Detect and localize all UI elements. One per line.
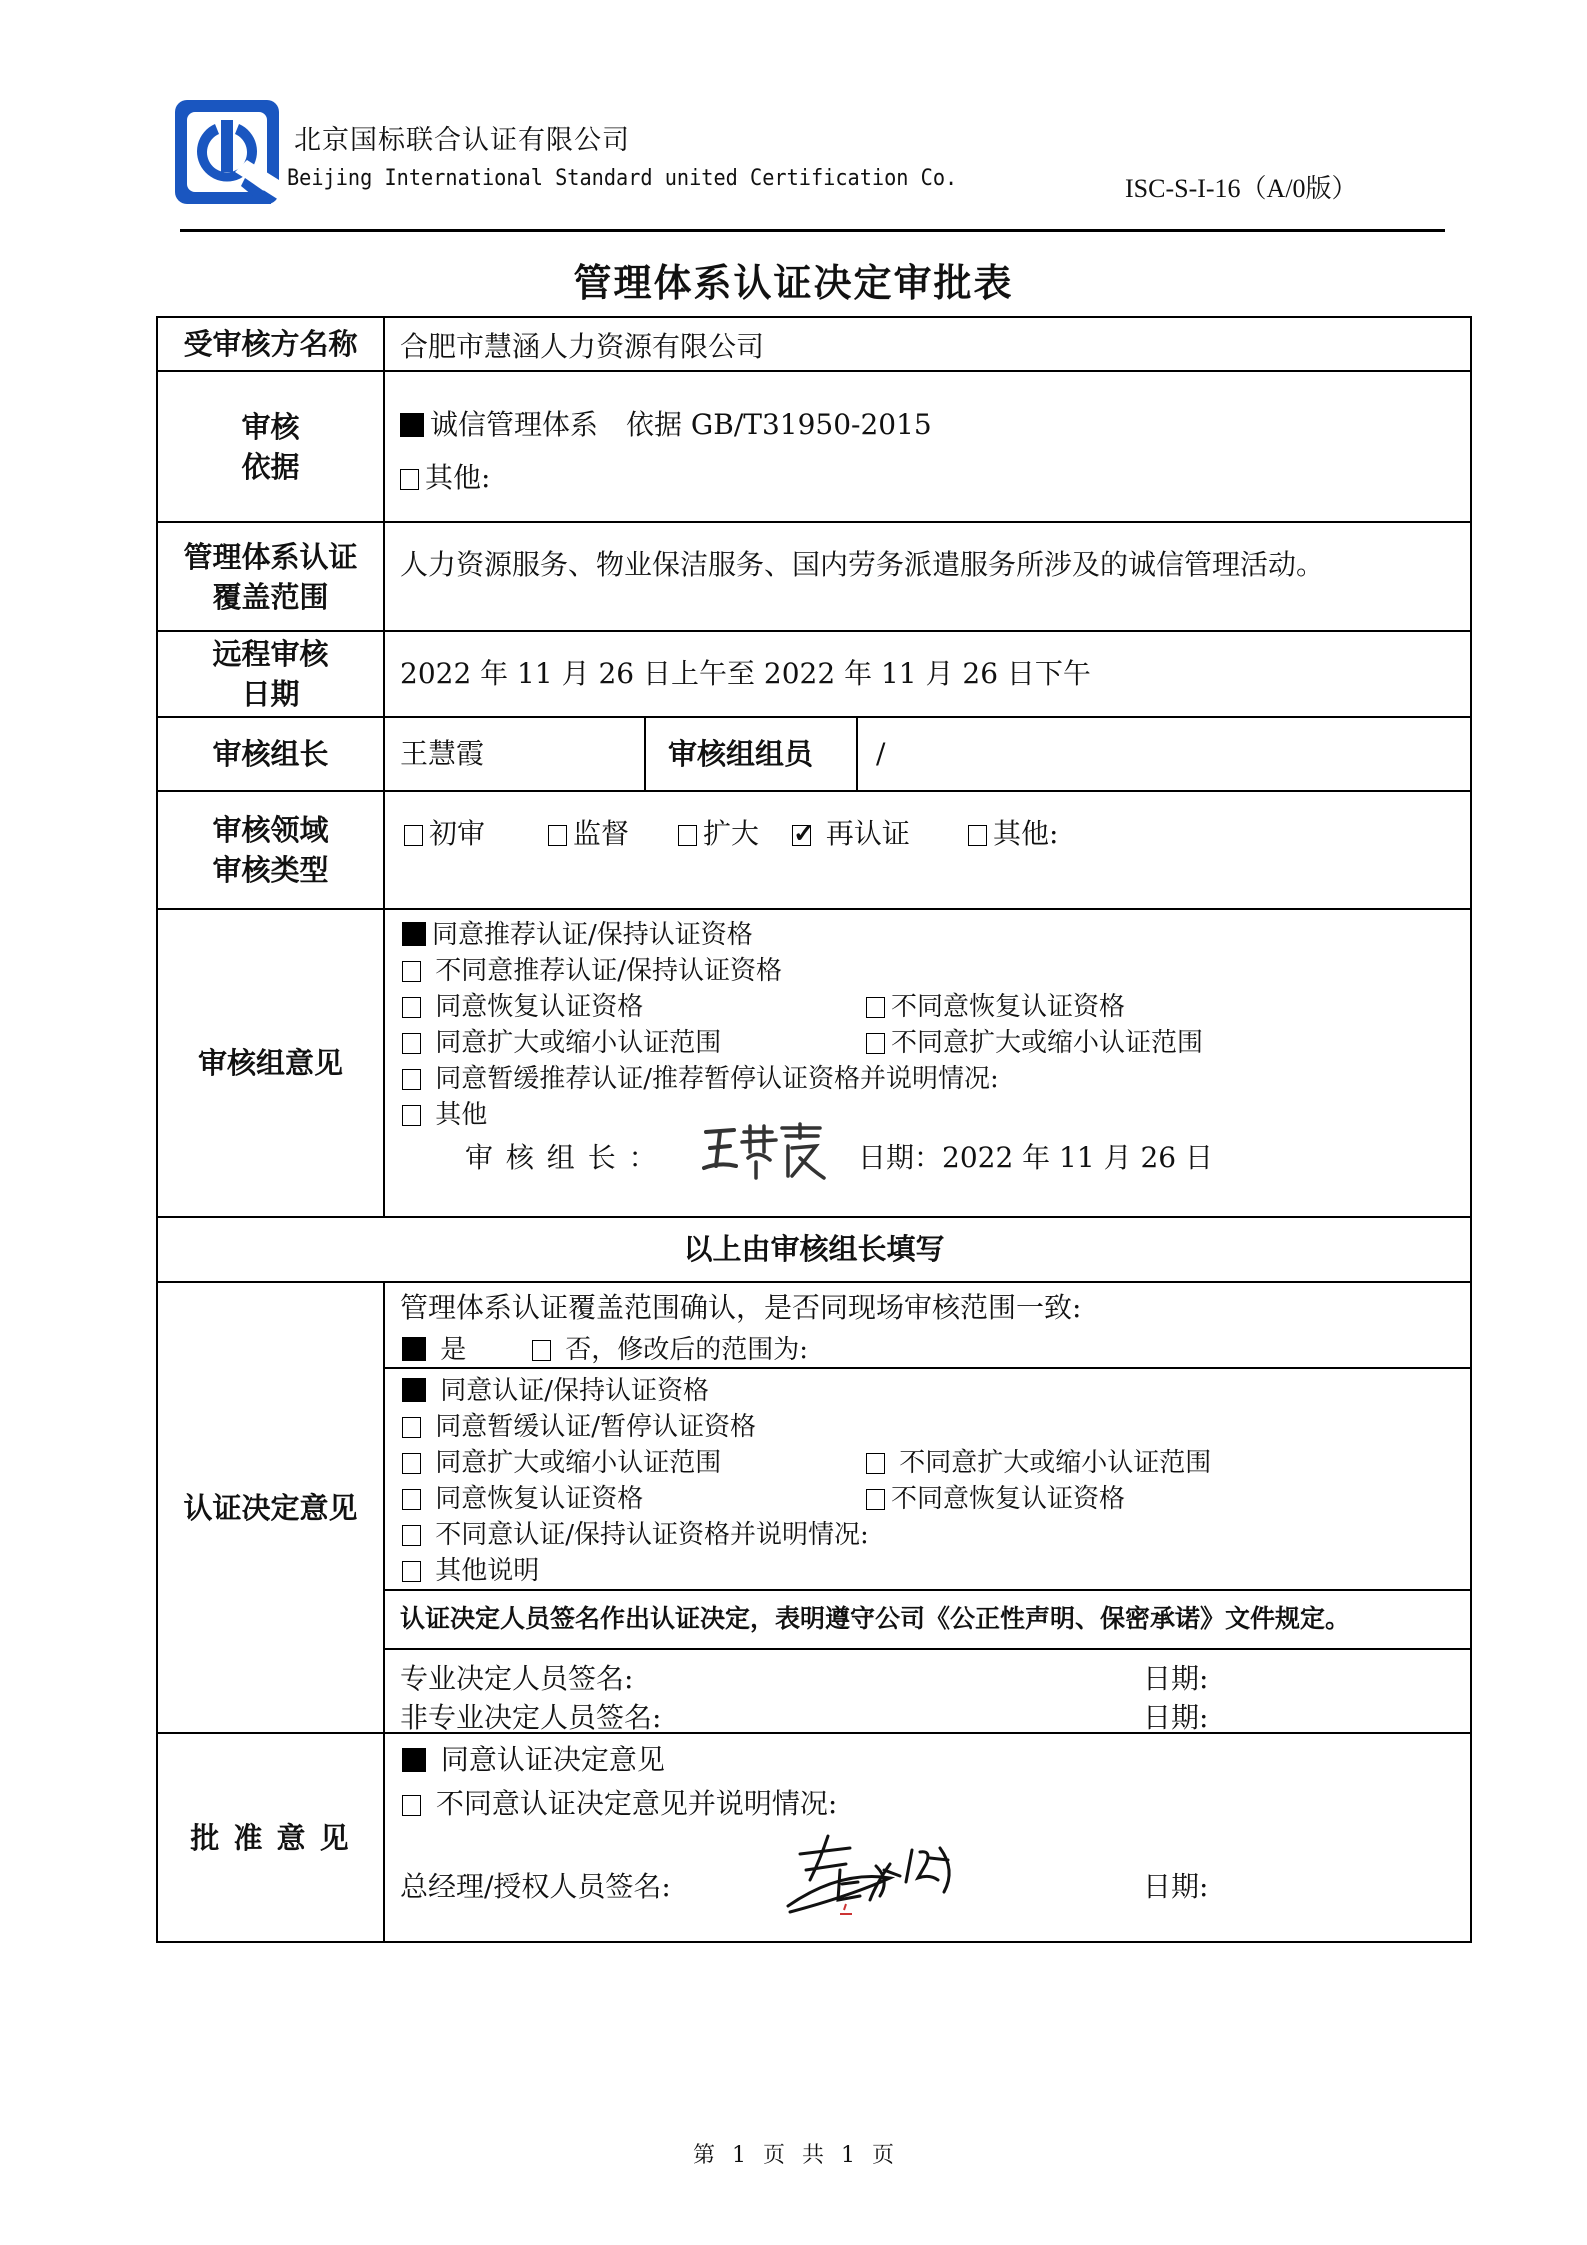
option-label: 不同意扩大或缩小认证范围: [899, 1448, 1211, 1478]
filled-by-note: 以上由审核组长填写: [156, 1232, 1472, 1266]
pro-decision-date-label: 日期:: [1143, 1662, 1208, 1696]
checkbox-unchecked-icon[interactable]: [678, 825, 697, 846]
company-name-cn: 北京国标联合认证有限公司: [294, 118, 630, 157]
checkbox-checked-icon[interactable]: [400, 413, 424, 437]
basis-option-integrity[interactable]: 诚信管理体系 依据 GB/T31950-2015: [400, 408, 932, 442]
option-label: 不同意扩大或缩小认证范围: [891, 1028, 1203, 1058]
scope-confirm-question: 管理体系认证覆盖范围确认，是否同现场审核范围一致:: [400, 1291, 1081, 1325]
scope-label-line2: 覆盖范围: [212, 577, 328, 617]
checkbox-unchecked-icon[interactable]: [866, 1453, 885, 1474]
pro-decision-sign-label: 专业决定人员签名:: [400, 1662, 633, 1696]
checkbox-checked-icon[interactable]: [402, 1337, 426, 1361]
team-opinion-option[interactable]: 同意恢复认证资格: [402, 990, 643, 1024]
checkbox-unchecked-icon[interactable]: [400, 469, 419, 490]
checkbox-unchecked-icon[interactable]: [402, 1489, 421, 1510]
decision-label-text: 认证决定意见: [183, 1488, 357, 1528]
nonpro-decision-sign-label: 非专业决定人员签名:: [400, 1701, 661, 1735]
checkbox-unchecked-icon[interactable]: [402, 1417, 421, 1438]
decision-option[interactable]: 同意扩大或缩小认证范围: [402, 1446, 721, 1480]
row-divider: [156, 1216, 1472, 1218]
checkbox-unchecked-icon[interactable]: [402, 1795, 421, 1816]
auditee-name-value: 合肥市慧涵人力资源有限公司: [400, 330, 764, 364]
option-label: 同意扩大或缩小认证范围: [435, 1028, 721, 1058]
auditee-label-text: 受审核方名称: [183, 324, 357, 364]
checkbox-checked-icon[interactable]: [402, 922, 426, 946]
gm-date-label: 日期:: [1143, 1870, 1208, 1904]
scope-confirm-yes[interactable]: 是: [402, 1333, 466, 1367]
team-leader-sign-date: 日期：2022 年 11 月 26 日: [858, 1141, 1213, 1175]
team-opinion-label-text: 审核组意见: [198, 1043, 343, 1083]
checkbox-unchecked-icon[interactable]: [402, 1069, 421, 1090]
header-divider: [180, 229, 1445, 232]
gm-signature-icon: [780, 1830, 970, 1920]
sub-row-divider: [383, 1589, 1472, 1591]
sub-row-divider: [383, 1648, 1472, 1650]
option-label: 同意恢复认证资格: [435, 1484, 643, 1514]
audit-type-option-other[interactable]: 其他:: [968, 817, 1058, 851]
option-label: 不同意恢复认证资格: [891, 1484, 1125, 1514]
option-label: 同意扩大或缩小认证范围: [435, 1448, 721, 1478]
basis-label-line1: 审核: [241, 407, 299, 447]
option-label: 同意认证/保持认证资格: [440, 1376, 709, 1406]
checkbox-unchecked-icon[interactable]: [402, 997, 421, 1018]
remote-date-label: 远程审核 日期: [157, 632, 384, 716]
remote-date-label-line1: 远程审核: [212, 634, 328, 674]
gm-sign-label: 总经理/授权人员签名:: [400, 1870, 671, 1904]
remote-date-label-line2: 日期: [241, 674, 299, 714]
document-code: ISC-S-I-16（A/0版）: [1125, 168, 1358, 205]
decision-option[interactable]: 同意恢复认证资格: [402, 1482, 643, 1516]
table-border-right: [1470, 316, 1472, 1943]
audit-type-option-label: 初审: [429, 817, 485, 850]
option-label: 同意恢复认证资格: [435, 992, 643, 1022]
checkbox-unchecked-icon[interactable]: [866, 1033, 885, 1054]
team-members-value: /: [876, 737, 885, 771]
page-number: 第 1 页 共 1 页: [0, 2138, 1587, 2169]
option-label: 同意暂缓认证/暂停认证资格: [435, 1412, 756, 1442]
team-row-divider-1: [644, 716, 646, 790]
option-label: 不同意恢复认证资格: [891, 992, 1125, 1022]
scope-value: 人力资源服务、物业保洁服务、国内劳务派遣服务所涉及的诚信管理活动。: [400, 548, 1324, 582]
audit-type-option-extension[interactable]: 扩大: [678, 817, 759, 851]
team-opinion-option[interactable]: 同意推荐认证/保持认证资格: [402, 918, 753, 952]
decision-option[interactable]: 不同意扩大或缩小认证范围: [866, 1446, 1211, 1480]
basis-option-other[interactable]: 其他:: [400, 461, 490, 495]
checkbox-unchecked-icon[interactable]: [548, 825, 567, 846]
approval-option-agree[interactable]: 同意认证决定意见: [402, 1743, 665, 1777]
audit-type-option-surveillance[interactable]: 监督: [548, 817, 629, 851]
decision-option[interactable]: 不同意认证/保持认证资格并说明情况:: [402, 1518, 869, 1552]
auditee-label: 受审核方名称: [157, 318, 384, 370]
basis-option-label: 其他:: [425, 461, 490, 494]
checkbox-unchecked-icon[interactable]: [402, 1105, 421, 1126]
checkbox-unchecked-icon[interactable]: [402, 1525, 421, 1546]
decision-option[interactable]: 不同意恢复认证资格: [866, 1482, 1125, 1516]
audit-type-option-recertification[interactable]: 再认证: [792, 817, 910, 851]
remote-date-value: 2022 年 11 月 26 日上午至 2022 年 11 月 26 日下午: [400, 657, 1091, 691]
company-logo-icon: [175, 100, 279, 204]
decision-option[interactable]: 其他说明: [402, 1554, 539, 1588]
company-name-en: Beijing International Standard united Ce…: [287, 166, 957, 191]
checkbox-unchecked-icon[interactable]: [402, 1033, 421, 1054]
checkbox-unchecked-icon[interactable]: [402, 961, 421, 982]
audit-type-option-label: 其他:: [993, 817, 1058, 850]
checkbox-unchecked-icon[interactable]: [532, 1340, 551, 1361]
team-leader-label-text: 审核组长: [212, 734, 328, 774]
team-members-label: 审核组组员: [668, 737, 813, 771]
option-label: 不同意认证/保持认证资格并说明情况:: [435, 1520, 869, 1550]
option-label: 否，修改后的范围为:: [565, 1335, 808, 1365]
nonpro-decision-date-label: 日期:: [1143, 1701, 1208, 1735]
checkbox-unchecked-icon[interactable]: [866, 997, 885, 1018]
checkbox-unchecked-icon[interactable]: [866, 1489, 885, 1510]
audit-type-label-line2: 审核类型: [212, 850, 328, 890]
option-label: 其他说明: [435, 1556, 539, 1586]
team-leader-label: 审核组长: [157, 718, 384, 790]
decision-option[interactable]: 同意认证/保持认证资格: [402, 1374, 709, 1408]
option-label: 同意认证决定意见: [441, 1743, 665, 1776]
audit-type-label-line1: 审核领域: [212, 810, 328, 850]
team-opinion-option[interactable]: 不同意扩大或缩小认证范围: [866, 1026, 1203, 1060]
page-title: 管理体系认证决定审批表: [0, 252, 1587, 307]
team-opinion-option[interactable]: 不同意推荐认证/保持认证资格: [402, 954, 782, 988]
checkbox-unchecked-icon[interactable]: [404, 825, 423, 846]
scope-label-line1: 管理体系认证: [183, 537, 357, 577]
basis-label: 审核 依据: [157, 372, 384, 521]
checkbox-checked-icon[interactable]: [402, 1378, 426, 1402]
team-row-divider-2: [856, 716, 858, 790]
team-opinion-option[interactable]: 不同意恢复认证资格: [866, 990, 1125, 1024]
checkbox-unchecked-icon[interactable]: [968, 825, 987, 846]
basis-option-label: 诚信管理体系 依据 GB/T31950-2015: [430, 408, 932, 441]
option-label: 同意推荐认证/保持认证资格: [432, 920, 753, 950]
approval-label-text: 批 准 意 见: [190, 1818, 350, 1858]
decision-statement: 认证决定人员签名作出认证决定，表明遵守公司《公正性声明、保密承诺》文件规定。: [400, 1602, 1350, 1636]
team-leader-signature-icon: [700, 1122, 830, 1182]
audit-type-label: 审核领域 审核类型: [157, 792, 384, 908]
team-opinion-option[interactable]: 同意扩大或缩小认证范围: [402, 1026, 721, 1060]
checkbox-checkmark-icon[interactable]: [792, 825, 811, 846]
team-leader-value: 王慧霞: [400, 737, 484, 771]
scope-confirm-no[interactable]: 否，修改后的范围为:: [532, 1333, 808, 1367]
team-opinion-option[interactable]: 同意暂缓推荐认证/推荐暂停认证资格并说明情况:: [402, 1062, 999, 1096]
decision-option[interactable]: 同意暂缓认证/暂停认证资格: [402, 1410, 756, 1444]
team-opinion-option[interactable]: 其他: [402, 1098, 487, 1132]
option-label: 是: [440, 1335, 466, 1365]
checkbox-unchecked-icon[interactable]: [402, 1453, 421, 1474]
option-label: 不同意认证决定意见并说明情况:: [436, 1787, 837, 1820]
approval-label: 批 准 意 见: [157, 1734, 384, 1941]
table-border-bottom: [156, 1941, 1472, 1943]
team-opinion-label: 审核组意见: [157, 910, 384, 1216]
checkbox-unchecked-icon[interactable]: [402, 1561, 421, 1582]
team-leader-sign-label: 审 核 组 长 ：: [465, 1141, 659, 1175]
option-label: 不同意推荐认证/保持认证资格: [435, 956, 782, 986]
approval-option-disagree[interactable]: 不同意认证决定意见并说明情况:: [402, 1787, 837, 1821]
audit-type-option-initial[interactable]: 初审: [404, 817, 485, 851]
checkbox-checked-icon[interactable]: [402, 1748, 426, 1772]
option-label: 其他: [435, 1100, 487, 1130]
audit-type-option-label: 再认证: [826, 817, 910, 850]
basis-label-line2: 依据: [241, 447, 299, 487]
sub-row-divider: [383, 1367, 1472, 1369]
audit-type-option-label: 监督: [573, 817, 629, 850]
option-label: 同意暂缓推荐认证/推荐暂停认证资格并说明情况:: [435, 1064, 999, 1094]
scope-label: 管理体系认证 覆盖范围: [157, 523, 384, 630]
audit-type-option-label: 扩大: [703, 817, 759, 850]
decision-label: 认证决定意见: [157, 1283, 384, 1732]
